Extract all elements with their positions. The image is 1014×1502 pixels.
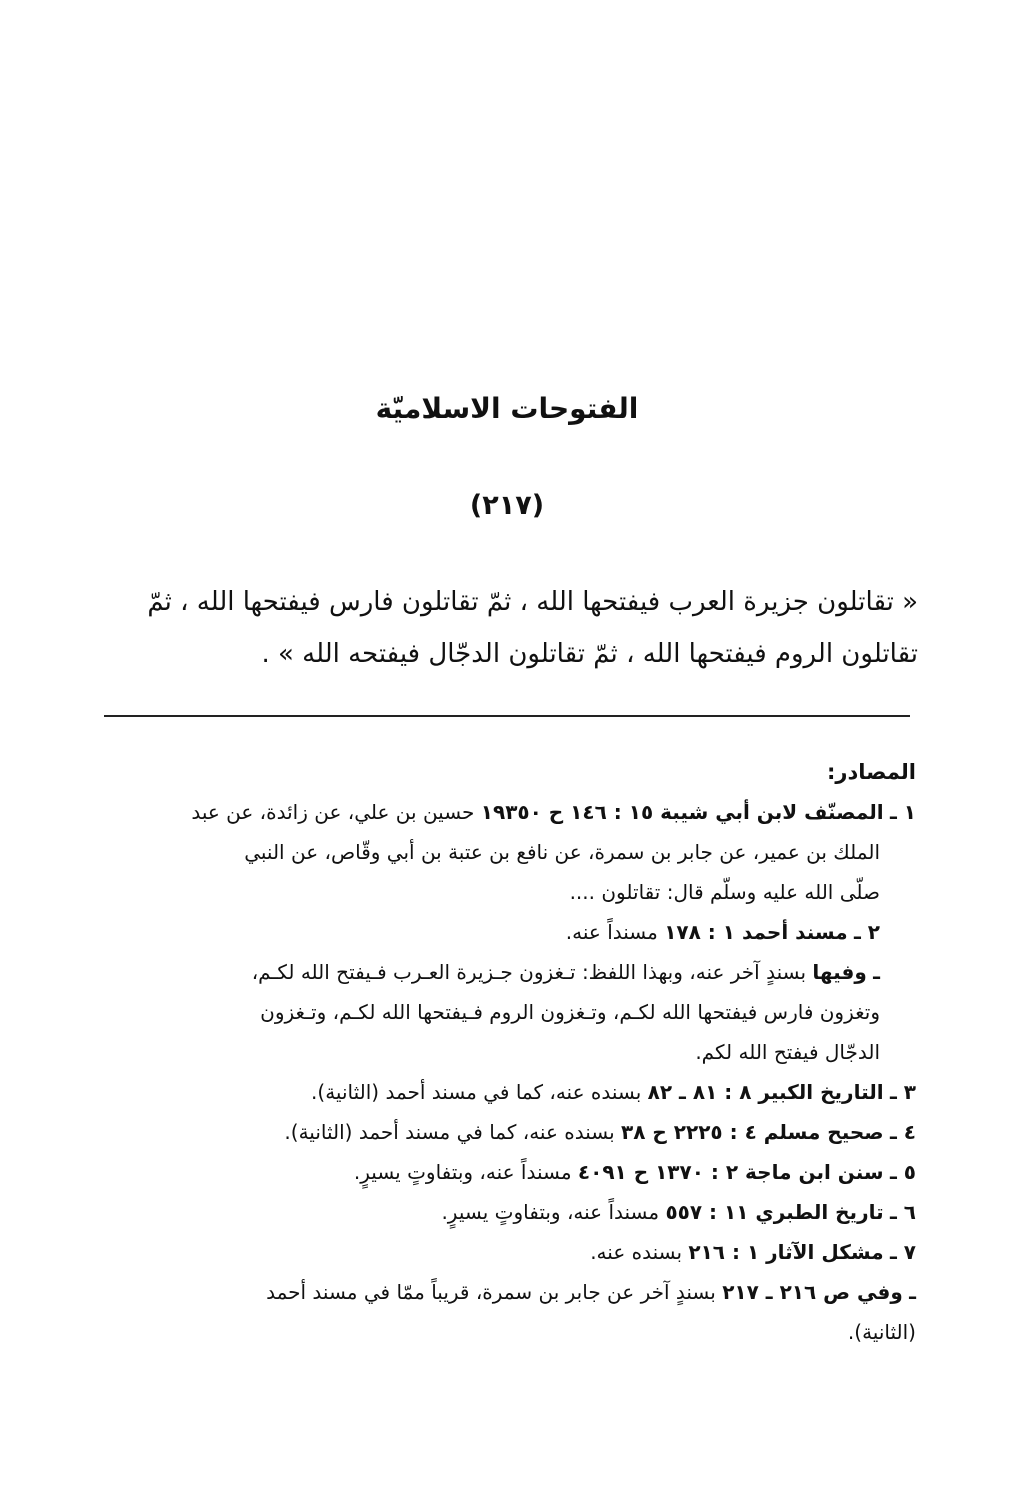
source-text: الدجّال فيفتح الله لكم. xyxy=(108,1032,880,1072)
source-subnote-2: ـ وفيها بسندٍ آخر عنه، وبهذا اللفظ: تـغز… xyxy=(108,952,916,1072)
source-text: (الثانية). xyxy=(108,1312,916,1352)
source-item-5: ٥ ـ سنن ابن ماجة ٢ : ١٣٧٠ ح ٤٠٩١ مسنداً … xyxy=(108,1152,916,1192)
hadith-line-1: « تقاتلون جزيرة العرب فيفتحها الله ، ثمّ… xyxy=(100,576,918,628)
sources-heading: المصادر: xyxy=(108,752,916,792)
source-reference: وفي ص ٢١٦ ـ ٢١٧ xyxy=(722,1280,903,1304)
source-number: ٦ ـ xyxy=(890,1200,916,1224)
source-reference: تاريخ الطبري ١١ : ٥٥٧ xyxy=(665,1200,883,1224)
chapter-title: الفتوحات الاسلاميّة xyxy=(0,392,1014,425)
source-text: بسنده عنه. xyxy=(590,1240,682,1264)
source-reference: وفيها xyxy=(812,960,866,984)
source-number: ٣ ـ xyxy=(890,1080,916,1104)
hadith-text: « تقاتلون جزيرة العرب فيفتحها الله ، ثمّ… xyxy=(100,576,918,680)
source-item-3: ٣ ـ التاريخ الكبير ٨ : ٨١ ـ ٨٢ بسنده عنه… xyxy=(108,1072,916,1112)
source-text: الملك بن عمير، عن جابر بن سمرة، عن نافع … xyxy=(108,832,916,872)
hadith-line-2: تقاتلون الروم فيفتحها الله ، ثمّ تقاتلون… xyxy=(100,628,918,680)
source-reference: صحيح مسلم ٤ : ٢٢٢٥ ح ٣٨ xyxy=(621,1120,884,1144)
footnote-divider xyxy=(104,715,910,717)
sources-section: المصادر: ١ ـ المصنّف لابن أبي شيبة ١٥ : … xyxy=(108,752,916,1352)
source-text: مسنداً عنه. xyxy=(566,920,658,944)
source-item-6: ٦ ـ تاريخ الطبري ١١ : ٥٥٧ مسنداً عنه، وب… xyxy=(108,1192,916,1232)
source-text: مسنداً عنه، وبتفاوتٍ يسيرٍ. xyxy=(354,1160,572,1184)
source-reference: المصنّف لابن أبي شيبة ١٥ : ١٤٦ ح ١٩٣٥٠ xyxy=(481,800,884,824)
source-reference: التاريخ الكبير ٨ : ٨١ ـ ٨٢ xyxy=(648,1080,884,1104)
book-page: الفتوحات الاسلاميّة (٢١٧) « تقاتلون جزير… xyxy=(0,0,1014,1502)
source-number: ٤ ـ xyxy=(890,1120,916,1144)
source-text: بسنده عنه، كما في مسند أحمد (الثانية). xyxy=(311,1080,641,1104)
source-number: ٧ ـ xyxy=(890,1240,916,1264)
hadith-number: (٢١٧) xyxy=(0,490,1014,521)
source-number: ٥ ـ xyxy=(890,1160,916,1184)
source-text: صلّى الله عليه وسلّم قال: تقاتلون .... xyxy=(108,872,916,912)
source-dash: ـ xyxy=(873,960,880,984)
source-item-4: ٤ ـ صحيح مسلم ٤ : ٢٢٢٥ ح ٣٨ بسنده عنه، ك… xyxy=(108,1112,916,1152)
source-subnote-7: ـ وفي ص ٢١٦ ـ ٢١٧ بسندٍ آخر عن جابر بن س… xyxy=(108,1272,916,1352)
source-number: ٢ ـ xyxy=(854,920,880,944)
source-dash: ـ xyxy=(909,1280,916,1304)
source-item-2: ٢ ـ مسند أحمد ١ : ١٧٨ مسنداً عنه. xyxy=(108,912,916,952)
source-item-1: ١ ـ المصنّف لابن أبي شيبة ١٥ : ١٤٦ ح ١٩٣… xyxy=(108,792,916,912)
source-text: مسنداً عنه، وبتفاوتٍ يسيرٍ. xyxy=(441,1200,659,1224)
source-text: حسين بن علي، عن زائدة، عن عبد xyxy=(191,800,474,824)
source-text: وتغزون فارس فيفتحها الله لكـم، وتـغزون ا… xyxy=(108,992,880,1032)
source-reference: سنن ابن ماجة ٢ : ١٣٧٠ ح ٤٠٩١ xyxy=(578,1160,884,1184)
source-text: بسندٍ آخر عنه، وبهذا اللفظ: تـغزون جـزير… xyxy=(252,960,806,984)
source-reference: مسند أحمد ١ : ١٧٨ xyxy=(664,920,847,944)
source-item-7: ٧ ـ مشكل الآثار ١ : ٢١٦ بسنده عنه. xyxy=(108,1232,916,1272)
source-number: ١ ـ xyxy=(890,800,916,824)
source-reference: مشكل الآثار ١ : ٢١٦ xyxy=(688,1240,883,1264)
source-text: بسنده عنه، كما في مسند أحمد (الثانية). xyxy=(284,1120,614,1144)
source-text: بسندٍ آخر عن جابر بن سمرة، قريباً ممّا ف… xyxy=(266,1280,716,1304)
